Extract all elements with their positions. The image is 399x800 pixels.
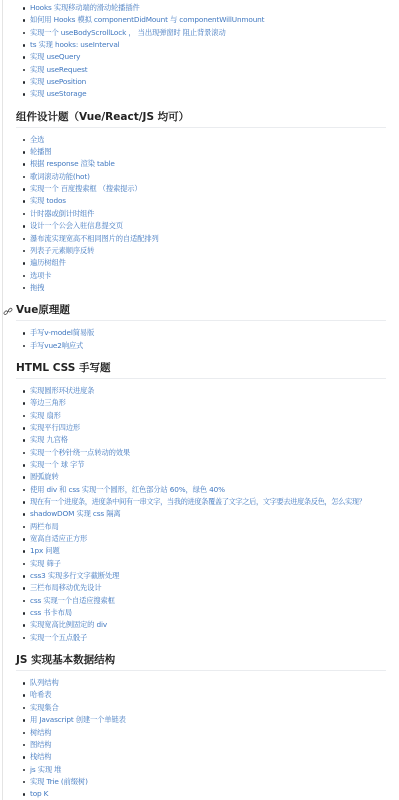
bullet-icon [23,538,26,541]
question-link[interactable]: 实现一个秒针绕一点转动的效果 [30,448,130,457]
question-link[interactable]: 遍历树组件 [30,258,66,267]
list-item: 实现平行四边形 [16,422,386,434]
section-heading-text: Vue原理题 [16,304,70,316]
bullet-icon [23,402,26,405]
question-link[interactable]: 如何用 Hooks 模拟 componentDidMount 与 compone… [30,15,264,24]
list-item: 圆弧旋转 [16,471,386,483]
list-item: 实现 扇形 [16,410,386,422]
list-item: 实现 九宫格 [16,434,386,446]
bullet-icon [23,415,26,418]
question-link[interactable]: css3 实现多行文字截断处理 [30,571,119,580]
question-link[interactable]: 等边三角形 [30,398,66,407]
question-link[interactable]: 手写v-model简易版 [30,328,94,337]
question-link[interactable]: 栈结构 [30,752,51,761]
list-item: 实现集合 [16,702,386,714]
list-item: 选项卡 [16,270,386,282]
section-heading-component-design: 组件设计题（Vue/React/JS 均可） [16,110,386,128]
list-item: css 实现一个自适应搜索框 [16,595,386,607]
bullet-icon [23,756,26,759]
question-link[interactable]: 选项卡 [30,271,51,280]
bullet-icon [23,163,26,166]
list-item: 实现一个 useBodyScrollLock ， 当出现弹窗时 阻止背景滚动 [16,27,386,39]
question-link[interactable]: 实现一个五点骰子 [30,633,87,642]
hooks-question-list: Hooks 实现移动端的滑动轮播插件 如何用 Hooks 模拟 componen… [16,2,386,101]
question-link[interactable]: 现在有一个进度条，进度条中间有一串文字，当我的进度条覆盖了文字之后，文字要去进度… [30,497,366,506]
list-item: ts 实现 hooks: useInterval [16,39,386,51]
bullet-icon [23,200,26,203]
list-item: 遍历树组件 [16,257,386,269]
list-item: 设计一个公会入驻信息提交页 [16,220,386,232]
bullet-icon [23,489,26,492]
list-item: 树结构 [16,727,386,739]
list-item: 实现 usePosition [16,76,386,88]
list-item: 现在有一个进度条，进度条中间有一串文字，当我的进度条覆盖了文字之后，文字要去进度… [16,496,386,508]
question-link[interactable]: ts 实现 hooks: useInterval [30,40,120,49]
list-item: shadowDOM 实现 css 隔离 [16,508,386,520]
section-heading-js-data-structures: JS 实现基本数据结构 [16,653,386,671]
question-link[interactable]: 图结构 [30,740,51,749]
question-link[interactable]: 树结构 [30,728,51,737]
page-left-border [2,0,3,800]
list-item: 轮播图 [16,146,386,158]
bullet-icon [23,707,26,710]
question-link[interactable]: 根据 response 渲染 table [30,159,115,168]
question-link[interactable]: 实现 Trie (前缀树) [30,777,88,786]
list-item: 三栏布局移动优先设计 [16,582,386,594]
question-link[interactable]: 歌词滚动功能(hot) [30,172,90,181]
bullet-icon [23,464,26,467]
component-design-list: 全选 轮播图 根据 response 渲染 table 歌词滚动功能(hot) … [16,134,386,294]
list-item: 实现 useStorage [16,88,386,100]
bullet-icon [23,624,26,627]
question-link[interactable]: 实现 todos [30,196,66,205]
bullet-icon [23,612,26,615]
bullet-icon [23,513,26,516]
question-link[interactable]: 拖拽 [30,283,44,292]
list-item: 宽高自适应正方形 [16,533,386,545]
list-item: 使用 div 和 css 实现一个圆形，红色部分站 60%，绿色 40% [16,484,386,496]
question-link[interactable]: 使用 div 和 css 实现一个圆形，红色部分站 60%，绿色 40% [30,485,225,494]
list-item: 1px 问题 [16,545,386,557]
bullet-icon [23,637,26,640]
list-item: 实现 筛子 [16,558,386,570]
bullet-icon [23,93,26,96]
bullet-icon [23,275,26,278]
list-item: 全选 [16,134,386,146]
list-item: 瀑布流实现宽高不相同图片的自适配排列 [16,233,386,245]
list-item: 实现一个 球 字节 [16,459,386,471]
bullet-icon [23,176,26,179]
bullet-icon [23,56,26,59]
question-link[interactable]: shadowDOM 实现 css 隔离 [30,509,121,518]
bullet-icon [23,526,26,529]
list-item: 图结构 [16,739,386,751]
vue-principles-list: 手写v-model简易版 手写vue2响应式 [16,327,386,352]
list-item: 实现一个五点骰子 [16,632,386,644]
bullet-icon [23,287,26,290]
bullet-icon [23,719,26,722]
question-link[interactable]: 列表子元素顺序反转 [30,246,94,255]
bullet-icon [23,744,26,747]
bullet-icon [23,262,26,265]
bullet-icon [23,250,26,253]
question-link[interactable]: 队列结构 [30,678,59,687]
question-link[interactable]: 设计一个公会入驻信息提交页 [30,221,123,230]
bullet-icon [23,390,26,393]
list-item: 两栏布局 [16,521,386,533]
question-link[interactable]: 实现宽高比例固定的 div [30,620,107,629]
list-item: 手写v-model简易版 [16,327,386,339]
question-link[interactable]: 实现 useQuery [30,52,80,61]
bullet-icon [23,501,26,504]
question-link[interactable]: 实现圆形环状进度条 [30,386,94,395]
list-item: js 实现 堆 [16,764,386,776]
question-link[interactable]: 瀑布流实现宽高不相同图片的自适配排列 [30,234,159,243]
list-item: 实现圆形环状进度条 [16,385,386,397]
question-link[interactable]: 实现 九宫格 [30,435,68,444]
list-item: 用 Javascript 创建一个单链表 [16,714,386,726]
list-item: 实现 Trie (前缀树) [16,776,386,788]
bullet-icon [23,7,26,10]
list-item: 计时器或倒计时组件 [16,208,386,220]
list-item: 实现 todos [16,195,386,207]
list-item: 根据 response 渲染 table [16,158,386,170]
question-link[interactable]: 1px 问题 [30,546,60,555]
list-item: top K [16,788,386,800]
question-link[interactable]: 实现平行四边形 [30,423,80,432]
question-link[interactable]: 宽高自适应正方形 [30,534,87,543]
bullet-icon [23,69,26,72]
bullet-icon [23,345,26,348]
question-link[interactable]: 实现 usePosition [30,77,86,86]
bullet-icon [23,225,26,228]
html-css-list: 实现圆形环状进度条 等边三角形 实现 扇形 实现平行四边形 实现 九宫格 实现一… [16,385,386,644]
question-link[interactable]: 计时器或倒计时组件 [30,209,94,218]
list-item: css 书卡布局 [16,607,386,619]
bullet-icon [23,188,26,191]
section-heading-vue-principles: Vue原理题 [16,303,386,321]
list-item: 实现一个秒针绕一点转动的效果 [16,447,386,459]
bullet-icon [23,550,26,553]
bullet-icon [23,332,26,335]
list-item: css3 实现多行文字截断处理 [16,570,386,582]
list-item: 哈希表 [16,689,386,701]
bullet-icon [23,563,26,566]
bullet-icon [23,575,26,578]
document-content: Hooks 实现移动端的滑动轮播插件 如何用 Hooks 模拟 componen… [16,0,386,800]
bullet-icon [23,32,26,35]
question-link[interactable]: 实现 useRequest [30,65,88,74]
bullet-icon [23,781,26,784]
question-link[interactable]: Hooks 实现移动端的滑动轮播插件 [30,3,140,12]
list-item: 栈结构 [16,751,386,763]
bullet-icon [23,732,26,735]
list-item: 实现一个 百度搜索框 （搜索提示） [16,183,386,195]
list-item: 实现 useRequest [16,64,386,76]
bullet-icon [23,139,26,142]
link-icon[interactable] [3,306,13,315]
question-link[interactable]: 用 Javascript 创建一个单链表 [30,715,126,724]
list-item: 歌词滚动功能(hot) [16,171,386,183]
list-item: Hooks 实现移动端的滑动轮播插件 [16,2,386,14]
bullet-icon [23,694,26,697]
question-link[interactable]: css 实现一个自适应搜索框 [30,596,115,605]
list-item: 实现 useQuery [16,51,386,63]
question-link[interactable]: top K [30,789,48,798]
list-item: 拖拽 [16,282,386,294]
question-link[interactable]: 圆弧旋转 [30,472,59,481]
bullet-icon [23,19,26,22]
bullet-icon [23,238,26,241]
section-heading-html-css: HTML CSS 手写题 [16,361,386,379]
bullet-icon [23,587,26,590]
bullet-icon [23,682,26,685]
bullet-icon [23,476,26,479]
bullet-icon [23,213,26,216]
list-item: 如何用 Hooks 模拟 componentDidMount 与 compone… [16,14,386,26]
bullet-icon [23,439,26,442]
question-link[interactable]: 实现一个 useBodyScrollLock ， 当出现弹窗时 阻止背景滚动 [30,28,226,37]
bullet-icon [23,81,26,84]
question-link[interactable]: css 书卡布局 [30,608,72,617]
bullet-icon [23,427,26,430]
question-link[interactable]: 实现集合 [30,703,59,712]
question-link[interactable]: 两栏布局 [30,522,59,531]
list-item: 队列结构 [16,677,386,689]
bullet-icon [23,769,26,772]
question-link[interactable]: 三栏布局移动优先设计 [30,583,101,592]
question-link[interactable]: js 实现 堆 [30,765,61,774]
bullet-icon [23,151,26,154]
list-item: 手写vue2响应式 [16,340,386,352]
js-data-structures-list: 队列结构 哈希表 实现集合 用 Javascript 创建一个单链表 树结构 图… [16,677,386,800]
question-link[interactable]: 实现 筛子 [30,559,61,568]
list-item: 等边三角形 [16,397,386,409]
bullet-icon [23,44,26,47]
list-item: 实现宽高比例固定的 div [16,619,386,631]
question-link[interactable]: 手写vue2响应式 [30,341,83,350]
bullet-icon [23,793,26,796]
list-item: 列表子元素顺序反转 [16,245,386,257]
question-link[interactable]: 实现 扇形 [30,411,61,420]
question-link[interactable]: 实现一个 百度搜索框 （搜索提示） [30,184,142,193]
question-link[interactable]: 实现一个 球 字节 [30,460,84,469]
bullet-icon [23,600,26,603]
question-link[interactable]: 全选 [30,135,44,144]
question-link[interactable]: 哈希表 [30,690,51,699]
bullet-icon [23,452,26,455]
question-link[interactable]: 轮播图 [30,147,51,156]
question-link[interactable]: 实现 useStorage [30,89,86,98]
